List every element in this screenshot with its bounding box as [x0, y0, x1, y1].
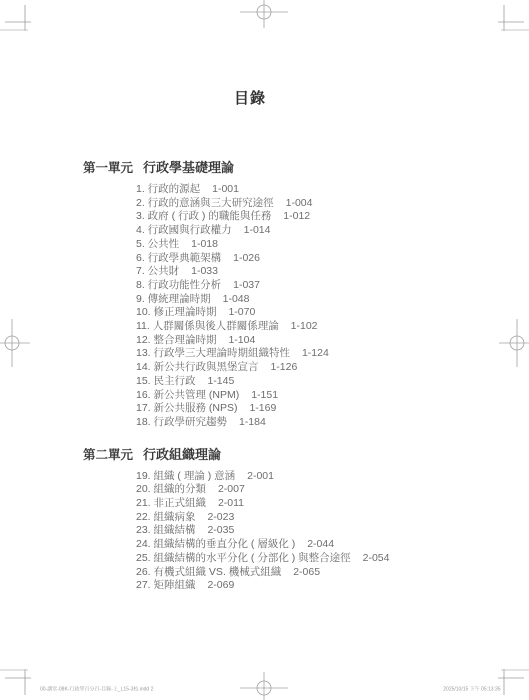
- toc-item-list: 19. 組織 ( 理論 ) 意涵 2-001 20. 組織的分類 2-007 2…: [83, 470, 483, 593]
- toc-item: 1. 行政的源起 1-001: [136, 183, 483, 197]
- toc-item-label: 13. 行政學三大理論時期組織特性: [136, 347, 290, 359]
- toc-item-page: 1-184: [239, 416, 266, 428]
- footer-filename: 00-講堂-08K-行政學百分百-目錄-上_L15-3校.indd 2: [40, 685, 153, 693]
- toc-item: 4. 行政國與行政權力 1-014: [136, 224, 483, 238]
- toc-item-page: 1-026: [233, 252, 260, 264]
- toc-item-page: 1-014: [244, 224, 271, 236]
- toc-item-label: 14. 新公共行政與黑堡宣言: [136, 361, 259, 373]
- toc-item-label: 6. 行政學典範架構: [136, 252, 221, 264]
- toc-item: 11. 人群關係與後人群關係理論 1-102: [136, 320, 483, 334]
- toc-item-label: 19. 組織 ( 理論 ) 意涵: [136, 470, 235, 482]
- toc-item: 9. 傳統理論時期 1-048: [136, 293, 483, 307]
- toc-item-page: 2-044: [307, 538, 334, 550]
- toc-item-page: 2-054: [363, 552, 390, 564]
- toc-item-label: 21. 非正式組織: [136, 497, 206, 509]
- toc-item: 17. 新公共服務 (NPS) 1-169: [136, 402, 483, 416]
- toc-item-page: 1-169: [249, 402, 276, 414]
- toc-item-page: 1-048: [223, 293, 250, 305]
- toc-item-page: 1-037: [233, 279, 260, 291]
- toc-item-label: 27. 矩陣組織: [136, 579, 196, 591]
- toc-item-list: 1. 行政的源起 1-001 2. 行政的意涵與三大研究途徑 1-004 3. …: [83, 183, 483, 430]
- toc-page: 目錄 第一單元 行政學基礎理論 1. 行政的源起 1-001 2. 行政的意涵與…: [0, 0, 529, 700]
- crop-mark-bottom-left-icon: [0, 669, 31, 695]
- toc-item: 16. 新公共管理 (NPM) 1-151: [136, 389, 483, 403]
- toc-item-page: 1-001: [212, 183, 239, 195]
- toc-item-label: 11. 人群關係與後人群關係理論: [136, 320, 279, 332]
- crop-mark-top-left-icon: [0, 5, 31, 31]
- registration-mark-right-icon: [499, 319, 529, 367]
- toc-item-label: 22. 組織病象: [136, 511, 196, 523]
- toc-item-label: 16. 新公共管理 (NPM): [136, 389, 239, 401]
- toc-item-label: 23. 組織結構: [136, 524, 196, 536]
- toc-item-page: 2-035: [207, 524, 234, 536]
- toc-item: 18. 行政學研究趨勢 1-184: [136, 416, 483, 430]
- toc-item-label: 18. 行政學研究趨勢: [136, 416, 227, 428]
- unit-title: 行政組織理論: [143, 447, 221, 463]
- toc-item-page: 2-007: [218, 483, 245, 495]
- section-header: 第二單元 行政組織理論: [83, 447, 483, 463]
- toc-item-label: 3. 政府 ( 行政 ) 的職能與任務: [136, 210, 271, 222]
- toc-item-label: 7. 公共財: [136, 265, 179, 277]
- unit-label: 第一單元: [83, 160, 133, 176]
- toc-item-label: 2. 行政的意涵與三大研究途徑: [136, 197, 274, 209]
- toc-item: 10. 修正理論時期 1-070: [136, 306, 483, 320]
- toc-item-page: 1-104: [228, 334, 255, 346]
- toc-item-page: 1-151: [251, 389, 278, 401]
- toc-item: 23. 組織結構 2-035: [136, 524, 483, 538]
- toc-item-label: 24. 組織結構的垂直分化 ( 層級化 ): [136, 538, 295, 550]
- unit-title: 行政學基礎理論: [143, 160, 234, 176]
- toc-item-page: 2-069: [207, 579, 234, 591]
- toc-item-label: 1. 行政的源起: [136, 183, 200, 195]
- crop-mark-bottom-right-icon: [498, 669, 529, 695]
- toc-item-page: 1-124: [302, 347, 329, 359]
- toc-item-page: 1-102: [291, 320, 318, 332]
- toc-item-label: 25. 組織結構的水平分化 ( 分部化 ) 與整合途徑: [136, 552, 351, 564]
- toc-item: 20. 組織的分類 2-007: [136, 483, 483, 497]
- page-title: 目錄: [0, 87, 500, 108]
- toc-item-label: 9. 傳統理論時期: [136, 293, 211, 305]
- toc-item: 7. 公共財 1-033: [136, 265, 483, 279]
- toc-item: 24. 組織結構的垂直分化 ( 層級化 ) 2-044: [136, 538, 483, 552]
- toc-item: 8. 行政功能性分析 1-037: [136, 279, 483, 293]
- registration-mark-left-icon: [0, 319, 30, 367]
- toc-item-page: 1-070: [228, 306, 255, 318]
- toc-item-page: 1-012: [283, 210, 310, 222]
- toc-item: 19. 組織 ( 理論 ) 意涵 2-001: [136, 470, 483, 484]
- toc-section: 第二單元 行政組織理論 19. 組織 ( 理論 ) 意涵 2-001 20. 組…: [83, 447, 483, 593]
- toc-item: 3. 政府 ( 行政 ) 的職能與任務 1-012: [136, 210, 483, 224]
- toc-item-page: 2-001: [247, 470, 274, 482]
- toc-item-label: 12. 整合理論時期: [136, 334, 217, 346]
- toc-item-page: 2-065: [293, 566, 320, 578]
- toc-item-label: 15. 民主行政: [136, 375, 196, 387]
- section-header: 第一單元 行政學基礎理論: [83, 160, 483, 176]
- toc-item: 13. 行政學三大理論時期組織特性 1-124: [136, 347, 483, 361]
- footer-datetime: 2025/10/15 下午 05:13:35: [444, 685, 501, 693]
- toc-item-label: 17. 新公共服務 (NPS): [136, 402, 238, 414]
- toc-item-page: 1-145: [207, 375, 234, 387]
- toc-item-page: 2-011: [218, 497, 244, 509]
- toc-item: 2. 行政的意涵與三大研究途徑 1-004: [136, 197, 483, 211]
- toc-item: 12. 整合理論時期 1-104: [136, 334, 483, 348]
- registration-mark-bottom-icon: [240, 672, 288, 700]
- toc-sections: 第一單元 行政學基礎理論 1. 行政的源起 1-001 2. 行政的意涵與三大研…: [83, 160, 483, 593]
- toc-item-label: 4. 行政國與行政權力: [136, 224, 232, 236]
- toc-item-page: 1-033: [191, 265, 218, 277]
- toc-item: 26. 有機式組織 VS. 機械式組織 2-065: [136, 566, 483, 580]
- toc-item-label: 5. 公共性: [136, 238, 179, 250]
- toc-item-label: 10. 修正理論時期: [136, 306, 217, 318]
- toc-item: 15. 民主行政 1-145: [136, 375, 483, 389]
- toc-item-page: 1-004: [286, 197, 313, 209]
- toc-item: 22. 組織病象 2-023: [136, 511, 483, 525]
- unit-label: 第二單元: [83, 447, 133, 463]
- toc-item: 27. 矩陣組織 2-069: [136, 579, 483, 593]
- toc-item-label: 26. 有機式組織 VS. 機械式組織: [136, 566, 281, 578]
- crop-mark-top-right-icon: [498, 5, 529, 31]
- toc-item-label: 20. 組織的分類: [136, 483, 206, 495]
- toc-item-page: 1-126: [270, 361, 297, 373]
- toc-item-label: 8. 行政功能性分析: [136, 279, 221, 291]
- toc-item-page: 1-018: [191, 238, 218, 250]
- toc-item-page: 2-023: [207, 511, 234, 523]
- toc-item: 25. 組織結構的水平分化 ( 分部化 ) 與整合途徑 2-054: [136, 552, 483, 566]
- toc-item: 14. 新公共行政與黑堡宣言 1-126: [136, 361, 483, 375]
- toc-item: 6. 行政學典範架構 1-026: [136, 252, 483, 266]
- toc-item: 5. 公共性 1-018: [136, 238, 483, 252]
- toc-item: 21. 非正式組織 2-011: [136, 497, 483, 511]
- toc-section: 第一單元 行政學基礎理論 1. 行政的源起 1-001 2. 行政的意涵與三大研…: [83, 160, 483, 430]
- registration-mark-top-icon: [240, 0, 288, 28]
